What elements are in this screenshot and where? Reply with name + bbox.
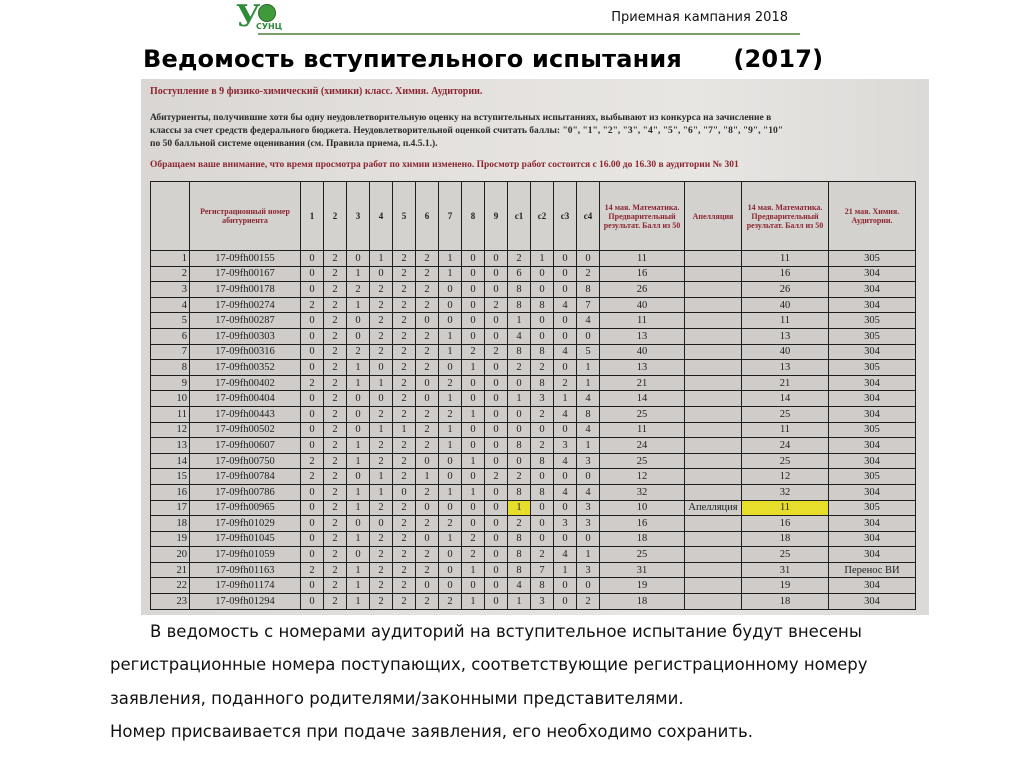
score-cell: 0 [554,531,577,547]
sunc-logo: У СУНЦ [236,2,296,34]
appeal-cell [685,469,742,485]
registration-id: 17-09fh01294 [190,594,301,610]
table-row: 2317-09fh0129402122221013021818304 [151,594,916,610]
score-cell: 0 [531,313,554,329]
score-cell: 2 [324,469,347,485]
score-cell: 0 [301,251,324,267]
preliminary-score: 40 [600,344,685,360]
score-cell: 0 [485,328,508,344]
score-cell: 2 [416,484,439,500]
appeal-cell [685,344,742,360]
score-cell: 1 [416,469,439,485]
column-header: 5 [393,182,416,251]
score-cell: 0 [531,531,554,547]
score-cell: 4 [577,313,600,329]
final-score: 25 [742,547,829,563]
score-cell: 0 [554,282,577,298]
score-cell: 2 [531,406,554,422]
registration-id: 17-09fh00316 [190,344,301,360]
column-header: 14 мая. Математика. Предварительный резу… [600,182,685,251]
score-cell: 0 [485,375,508,391]
final-score: 40 [742,297,829,313]
registration-id: 17-09fh01163 [190,562,301,578]
score-cell: 0 [531,422,554,438]
score-cell: 0 [462,500,485,516]
final-score: 32 [742,484,829,500]
score-cell: 2 [301,562,324,578]
appeal-cell [685,578,742,594]
row-number: 17 [151,500,190,516]
score-cell: 2 [508,516,531,532]
score-cell: 0 [554,500,577,516]
room-cell: 305 [829,500,916,516]
row-number: 14 [151,453,190,469]
final-score: 19 [742,578,829,594]
score-cell: 2 [347,282,370,298]
score-cell: 0 [485,282,508,298]
appeal-cell [685,453,742,469]
score-cell: 0 [531,328,554,344]
score-cell: 0 [370,360,393,376]
column-header: 3 [347,182,370,251]
score-cell: 0 [301,516,324,532]
score-cell: 3 [554,438,577,454]
preliminary-score: 10 [600,500,685,516]
score-cell: 8 [531,297,554,313]
registration-id: 17-09fh00178 [190,282,301,298]
score-cell: 2 [416,547,439,563]
table-row: 117-09fh0015502012210021001111305 [151,251,916,267]
room-cell: 305 [829,422,916,438]
row-number: 6 [151,328,190,344]
table-row: 1117-09fh0044302022221002482525304 [151,406,916,422]
score-cell: 0 [370,516,393,532]
score-cell: 2 [416,516,439,532]
score-cell: 0 [485,562,508,578]
score-cell: 2 [393,531,416,547]
preliminary-score: 25 [600,547,685,563]
score-cell: 1 [577,360,600,376]
row-number: 21 [151,562,190,578]
score-cell: 2 [370,578,393,594]
score-cell: 2 [416,360,439,376]
score-cell: 0 [577,531,600,547]
score-cell: 8 [531,578,554,594]
score-cell: 2 [393,406,416,422]
room-cell: 304 [829,375,916,391]
final-score: 25 [742,453,829,469]
score-cell: 0 [485,360,508,376]
score-cell: 0 [301,531,324,547]
row-number: 4 [151,297,190,313]
room-cell: 304 [829,297,916,313]
final-score: 16 [742,516,829,532]
score-cell: 2 [324,297,347,313]
score-cell: 2 [416,251,439,267]
score-cell: 2 [531,360,554,376]
score-cell: 1 [370,375,393,391]
score-cell: 2 [324,562,347,578]
score-cell: 1 [577,438,600,454]
score-cell: 1 [508,313,531,329]
score-cell: 0 [347,469,370,485]
score-cell: 4 [508,328,531,344]
table-row: 517-09fh0028702022000010041111305 [151,313,916,329]
row-number: 19 [151,531,190,547]
score-cell: 2 [577,266,600,282]
row-number: 12 [151,422,190,438]
row-number: 7 [151,344,190,360]
score-cell: 0 [301,328,324,344]
registration-id: 17-09fh01029 [190,516,301,532]
score-cell: 2 [370,594,393,610]
final-score: 21 [742,375,829,391]
score-cell: 2 [416,562,439,578]
table-row: 1917-09fh0104502122012080001818304 [151,531,916,547]
score-cell: 4 [577,422,600,438]
score-cell: 2 [462,344,485,360]
score-cell: 0 [508,375,531,391]
score-cell: 0 [508,406,531,422]
score-cell: 5 [577,344,600,360]
row-number: 3 [151,282,190,298]
score-cell: 8 [577,406,600,422]
room-cell: 304 [829,406,916,422]
score-cell: 2 [531,547,554,563]
score-cell: 1 [508,594,531,610]
score-cell: 7 [577,297,600,313]
room-cell: 305 [829,469,916,485]
column-header: 7 [439,182,462,251]
notice-line-2: классы за счет средств федерального бюдж… [150,126,783,136]
score-cell: 8 [531,453,554,469]
score-cell: 2 [439,375,462,391]
score-cell: 1 [439,251,462,267]
row-number: 11 [151,406,190,422]
score-cell: 0 [485,547,508,563]
final-score: 13 [742,360,829,376]
score-cell: 0 [301,438,324,454]
score-cell: 0 [439,578,462,594]
score-cell: 2 [416,438,439,454]
score-cell: 1 [462,484,485,500]
preliminary-score: 31 [600,562,685,578]
score-cell: 1 [439,531,462,547]
table-row: 617-09fh0030302022210040001313305 [151,328,916,344]
score-cell: 0 [301,484,324,500]
score-cell: 0 [301,313,324,329]
preliminary-score: 11 [600,313,685,329]
final-score: 11 [742,313,829,329]
score-cell: 2 [393,297,416,313]
column-header: Апелляция [685,182,742,251]
score-cell: 2 [416,328,439,344]
room-cell: 305 [829,360,916,376]
score-cell: 1 [347,484,370,500]
score-cell: 1 [508,500,531,516]
score-cell: 1 [462,406,485,422]
preliminary-score: 32 [600,484,685,500]
score-cell: 8 [508,484,531,500]
score-cell: 0 [301,578,324,594]
preliminary-score: 13 [600,328,685,344]
room-cell: 304 [829,282,916,298]
score-cell: 2 [301,453,324,469]
room-cell: 304 [829,594,916,610]
appeal-cell [685,251,742,267]
table-row: 1417-09fh0075022122001008432525304 [151,453,916,469]
score-cell: 2 [370,344,393,360]
score-cell: 0 [301,406,324,422]
column-header: 8 [462,182,485,251]
column-header: 21 мая. Химия. Аудитории. [829,182,916,251]
paragraph-line-2: регистрационные номера поступающих, соот… [110,655,868,674]
score-cell: 4 [554,453,577,469]
preliminary-score: 24 [600,438,685,454]
table-row: 2217-09fh0117402122000048001919304 [151,578,916,594]
score-cell: 1 [347,297,370,313]
preliminary-score: 13 [600,360,685,376]
score-cell: 1 [370,469,393,485]
score-cell: 2 [370,297,393,313]
final-score: 25 [742,406,829,422]
column-header: Регистрационный номер абитуриента [190,182,301,251]
table-row: 1817-09fh0102902002220020331616304 [151,516,916,532]
registration-id: 17-09fh00965 [190,500,301,516]
score-cell: 1 [462,562,485,578]
score-cell: 2 [393,438,416,454]
score-cell: 2 [485,297,508,313]
score-cell: 1 [347,360,370,376]
score-cell: 1 [462,594,485,610]
appeal-cell [685,594,742,610]
registration-id: 17-09fh00502 [190,422,301,438]
score-cell: 1 [439,344,462,360]
score-cell: 2 [370,453,393,469]
score-cell: 0 [462,578,485,594]
registration-id: 17-09fh00287 [190,313,301,329]
room-cell: 304 [829,266,916,282]
score-cell: 0 [462,422,485,438]
row-number: 8 [151,360,190,376]
score-cell: 2 [324,391,347,407]
score-cell: 2 [324,500,347,516]
score-cell: 2 [370,531,393,547]
score-cell: 2 [393,282,416,298]
column-header: 14 мая. Математика. Предварительный резу… [742,182,829,251]
score-cell: 0 [577,328,600,344]
preliminary-score: 25 [600,406,685,422]
results-table: Регистрационный номер абитуриента1234567… [150,181,916,610]
score-cell: 0 [439,297,462,313]
row-number: 23 [151,594,190,610]
score-cell: 1 [439,328,462,344]
score-cell: 0 [347,422,370,438]
final-score: 16 [742,266,829,282]
score-cell: 1 [347,562,370,578]
registration-id: 17-09fh00167 [190,266,301,282]
score-cell: 0 [485,516,508,532]
score-cell: 2 [439,516,462,532]
score-cell: 2 [531,438,554,454]
appeal-cell [685,282,742,298]
score-cell: 0 [577,578,600,594]
room-cell: 304 [829,484,916,500]
score-cell: 2 [324,594,347,610]
score-cell: 0 [439,547,462,563]
score-cell: 4 [508,578,531,594]
score-cell: 1 [347,500,370,516]
preliminary-score: 21 [600,375,685,391]
score-cell: 8 [508,438,531,454]
score-cell: 1 [439,266,462,282]
score-cell: 0 [554,469,577,485]
room-cell: 304 [829,438,916,454]
preliminary-score: 25 [600,453,685,469]
score-cell: 0 [462,469,485,485]
appeal-cell [685,422,742,438]
column-header: 4 [370,182,393,251]
registration-id: 17-09fh00784 [190,469,301,485]
score-cell: 0 [462,297,485,313]
registration-id: 17-09fh01174 [190,578,301,594]
header-divider [258,33,800,35]
registration-id: 17-09fh00786 [190,484,301,500]
preliminary-score: 12 [600,469,685,485]
notice-line-1: Абитуриенты, получившие хотя бы одну неу… [150,113,771,123]
score-cell: 0 [301,422,324,438]
score-cell: 0 [485,313,508,329]
appeal-cell [685,297,742,313]
score-cell: 2 [370,328,393,344]
score-cell: 0 [439,282,462,298]
appeal-cell [685,406,742,422]
appeal-cell [685,484,742,500]
score-cell: 0 [554,578,577,594]
score-cell: 0 [301,391,324,407]
score-cell: 0 [301,360,324,376]
score-cell: 4 [577,391,600,407]
score-cell: 0 [347,313,370,329]
score-cell: 2 [416,406,439,422]
score-cell: 2 [324,375,347,391]
score-cell: 2 [370,500,393,516]
column-header: с2 [531,182,554,251]
score-cell: 0 [485,531,508,547]
table-row: 1517-09fh0078422012100220001212305 [151,469,916,485]
table-row: 1217-09fh0050202011210000041111305 [151,422,916,438]
score-cell: 0 [485,391,508,407]
score-cell: 0 [439,500,462,516]
room-cell: 304 [829,516,916,532]
appeal-cell [685,266,742,282]
score-cell: 0 [462,313,485,329]
table-header-row: Регистрационный номер абитуриента1234567… [151,182,916,251]
score-cell: 7 [531,562,554,578]
score-cell: 0 [416,313,439,329]
score-cell: 0 [577,469,600,485]
score-cell: 1 [347,531,370,547]
score-cell: 2 [416,594,439,610]
row-number: 22 [151,578,190,594]
score-cell: 0 [462,266,485,282]
final-score: 13 [742,328,829,344]
final-score: 24 [742,438,829,454]
score-cell: 2 [393,578,416,594]
final-score: 18 [742,594,829,610]
final-score: 31 [742,562,829,578]
score-cell: 0 [485,422,508,438]
score-cell: 0 [462,282,485,298]
score-cell: 2 [439,406,462,422]
score-cell: 2 [393,500,416,516]
table-row: 917-09fh0040222112020008212121304 [151,375,916,391]
final-score: 14 [742,391,829,407]
score-cell: 1 [554,391,577,407]
final-score: 18 [742,531,829,547]
preliminary-score: 11 [600,422,685,438]
preliminary-score: 26 [600,282,685,298]
score-cell: 2 [324,547,347,563]
score-cell: 0 [393,484,416,500]
row-number: 1 [151,251,190,267]
score-cell: 2 [439,594,462,610]
score-cell: 2 [324,422,347,438]
registration-id: 17-09fh00402 [190,375,301,391]
score-cell: 0 [554,594,577,610]
score-cell: 1 [439,438,462,454]
score-cell: 0 [554,313,577,329]
table-row: 1617-09fh0078602110211088443232304 [151,484,916,500]
score-cell: 2 [324,313,347,329]
score-cell: 0 [485,406,508,422]
score-cell: 8 [531,484,554,500]
row-number: 20 [151,547,190,563]
score-cell: 2 [301,375,324,391]
score-cell: 2 [577,594,600,610]
room-cell: 304 [829,531,916,547]
paragraph-line-4: Номер присваивается при подаче заявления… [110,722,753,741]
registration-id: 17-09fh01045 [190,531,301,547]
preliminary-score: 14 [600,391,685,407]
score-cell: 0 [347,328,370,344]
score-cell: 0 [577,251,600,267]
score-cell: 0 [531,500,554,516]
score-cell: 2 [324,328,347,344]
table-row: 417-09fh0027422122200288474040304 [151,297,916,313]
row-number: 10 [151,391,190,407]
score-cell: 2 [416,266,439,282]
room-cell: 305 [829,328,916,344]
appeal-cell [685,313,742,329]
sheet-heading: Поступление в 9 физико-химический (химик… [150,86,482,97]
score-cell: 4 [554,484,577,500]
score-cell: 2 [370,562,393,578]
column-header: 1 [301,182,324,251]
appeal-cell: Апелляция [685,500,742,516]
campaign-label: Приемная кампания 2018 [611,10,788,25]
score-cell: 1 [347,453,370,469]
score-cell: 2 [324,406,347,422]
room-cell: 304 [829,578,916,594]
score-cell: 2 [393,328,416,344]
score-cell: 1 [439,391,462,407]
score-cell: 2 [324,282,347,298]
column-header: 9 [485,182,508,251]
appeal-cell [685,516,742,532]
score-cell: 0 [439,562,462,578]
score-cell: 1 [462,360,485,376]
